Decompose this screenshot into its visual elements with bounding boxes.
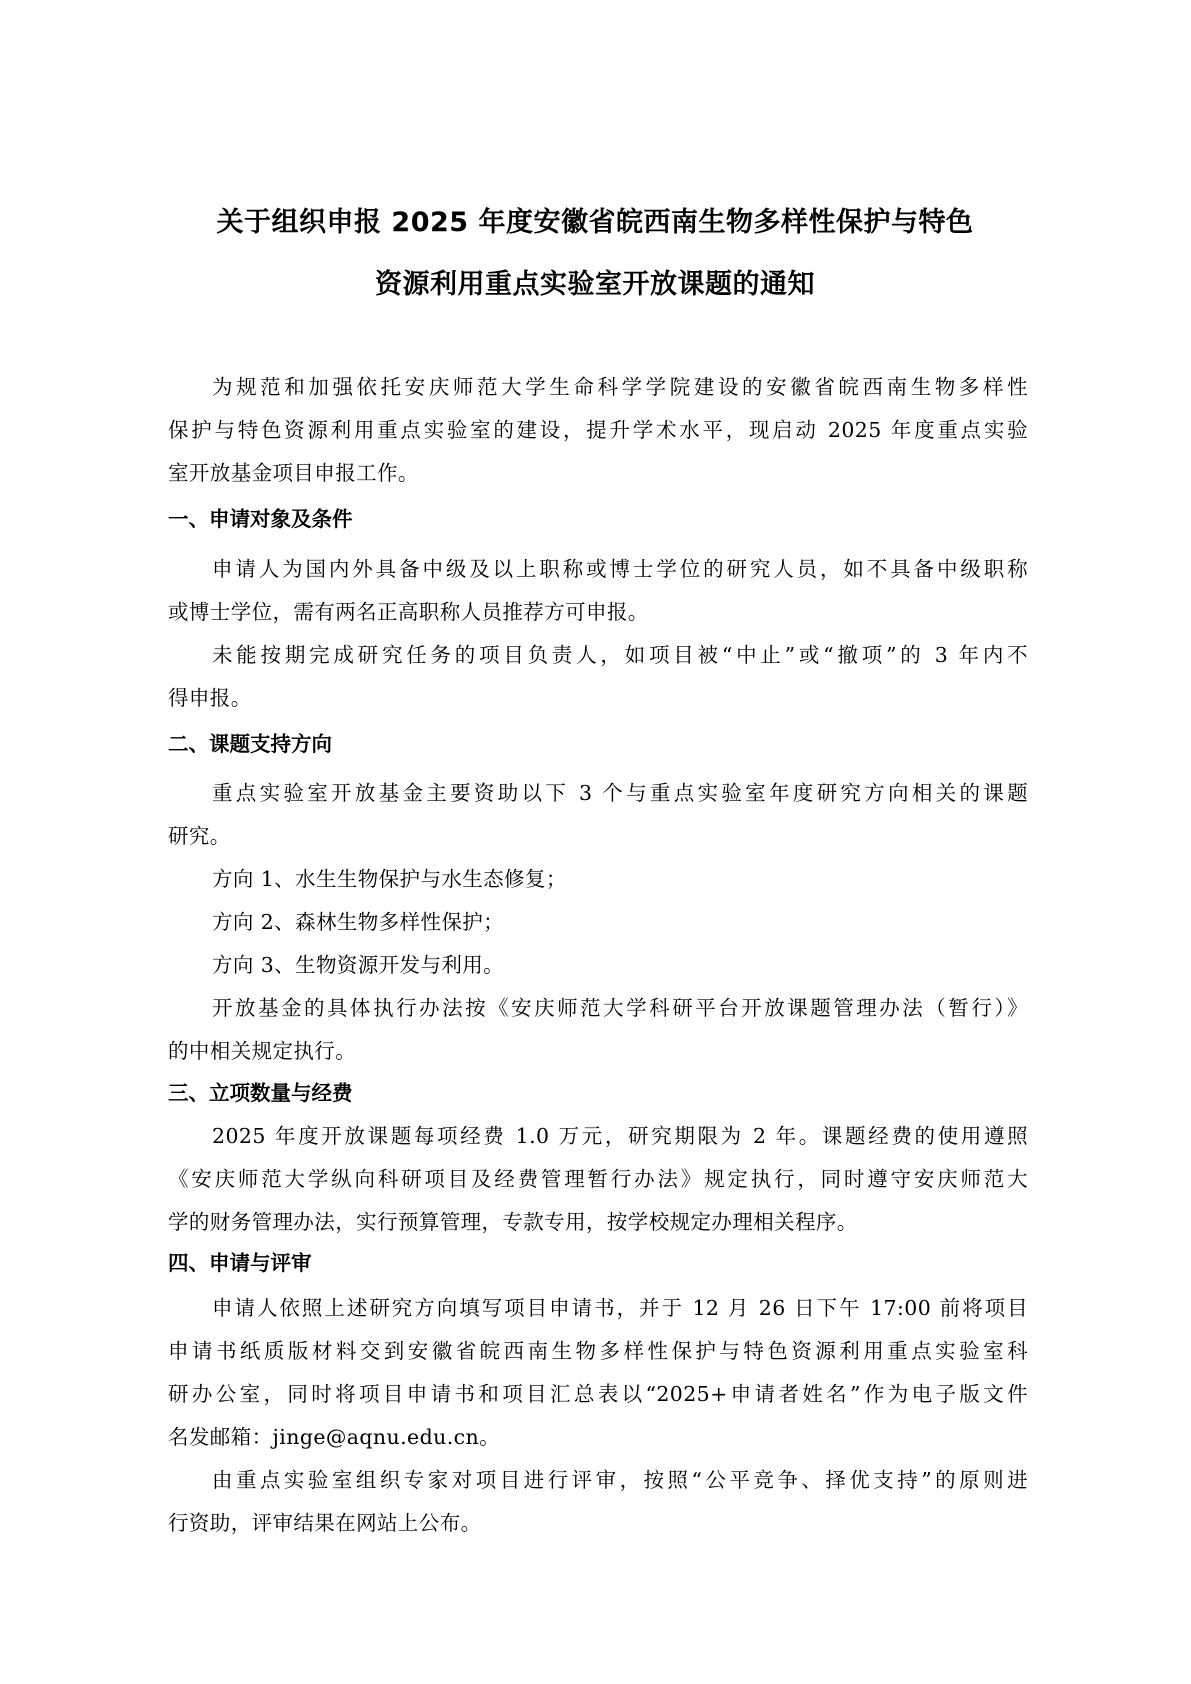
document-title-line-2: 资源利用重点实验室开放课题的通知 [160, 262, 1030, 301]
section-4-line-6: 行资助，评审结果在网站上公布。 [168, 1508, 1028, 1538]
section-1-line-4: 得申报。 [168, 683, 1028, 713]
intro-line-3: 室开放基金项目申报工作。 [168, 458, 1028, 488]
section-4-line-5: 由重点实验室组织专家对项目进行评审，按照“公平竞争、择优支持”的原则进 [212, 1465, 1028, 1495]
section-1-line-2: 或博士学位，需有两名正高职称人员推荐方可申报。 [168, 597, 1028, 627]
section-4-line-3: 研办公室，同时将项目申请书和项目汇总表以“2025+申请者姓名”作为电子版文件 [168, 1379, 1028, 1409]
section-heading-4: 四、申请与评审 [168, 1248, 312, 1278]
section-2-direction-3: 方向 3、生物资源开发与利用。 [212, 950, 1072, 980]
section-2-line-6: 开放基金的具体执行办法按《安庆师范大学科研平台开放课题管理办法（暂行）》 [212, 993, 1028, 1023]
section-heading-2: 二、课题支持方向 [168, 729, 332, 759]
section-2-line-1: 重点实验室开放基金主要资助以下 3 个与重点实验室年度研究方向相关的课题 [212, 778, 1028, 808]
section-2-direction-2: 方向 2、森林生物多样性保护； [212, 907, 1072, 937]
section-4-email-line: 名发邮箱：jinge@aqnu.edu.cn。 [168, 1422, 1028, 1452]
section-1-line-1: 申请人为国内外具备中级及以上职称或博士学位的研究人员，如不具备中级职称 [212, 554, 1028, 584]
section-3-line-1: 2025 年度开放课题每项经费 1.0 万元，研究期限为 2 年。课题经费的使用… [212, 1121, 1028, 1151]
document-title-line-1: 关于组织申报 2025 年度安徽省皖西南生物多样性保护与特色 [160, 200, 1030, 239]
section-heading-1: 一、申请对象及条件 [168, 504, 353, 534]
section-2-line-2: 研究。 [168, 821, 1028, 851]
section-3-line-2: 《安庆师范大学纵向科研项目及经费管理暂行办法》规定执行，同时遵守安庆师范大 [168, 1164, 1028, 1194]
section-2-direction-1: 方向 1、水生生物保护与水生态修复； [212, 864, 1072, 894]
section-4-line-1: 申请人依照上述研究方向填写项目申请书，并于 12 月 26 日下午 17:00 … [212, 1293, 1028, 1323]
section-4-line-2: 申请书纸质版材料交到安徽省皖西南生物多样性保护与特色资源利用重点实验室科 [168, 1336, 1028, 1366]
intro-line-1: 为规范和加强依托安庆师范大学生命科学学院建设的安徽省皖西南生物多样性 [212, 372, 1028, 402]
document-page: 关于组织申报 2025 年度安徽省皖西南生物多样性保护与特色 资源利用重点实验室… [0, 0, 1191, 1684]
section-heading-3: 三、立项数量与经费 [168, 1078, 353, 1108]
section-3-line-3: 学的财务管理办法，实行预算管理，专款专用，按学校规定办理相关程序。 [168, 1207, 1028, 1237]
section-1-line-3: 未能按期完成研究任务的项目负责人，如项目被“中止”或“撤项”的 3 年内不 [212, 640, 1028, 670]
intro-line-2: 保护与特色资源利用重点实验室的建设，提升学术水平，现启动 2025 年度重点实验 [168, 415, 1028, 445]
section-2-line-7: 的中相关规定执行。 [168, 1036, 1028, 1066]
